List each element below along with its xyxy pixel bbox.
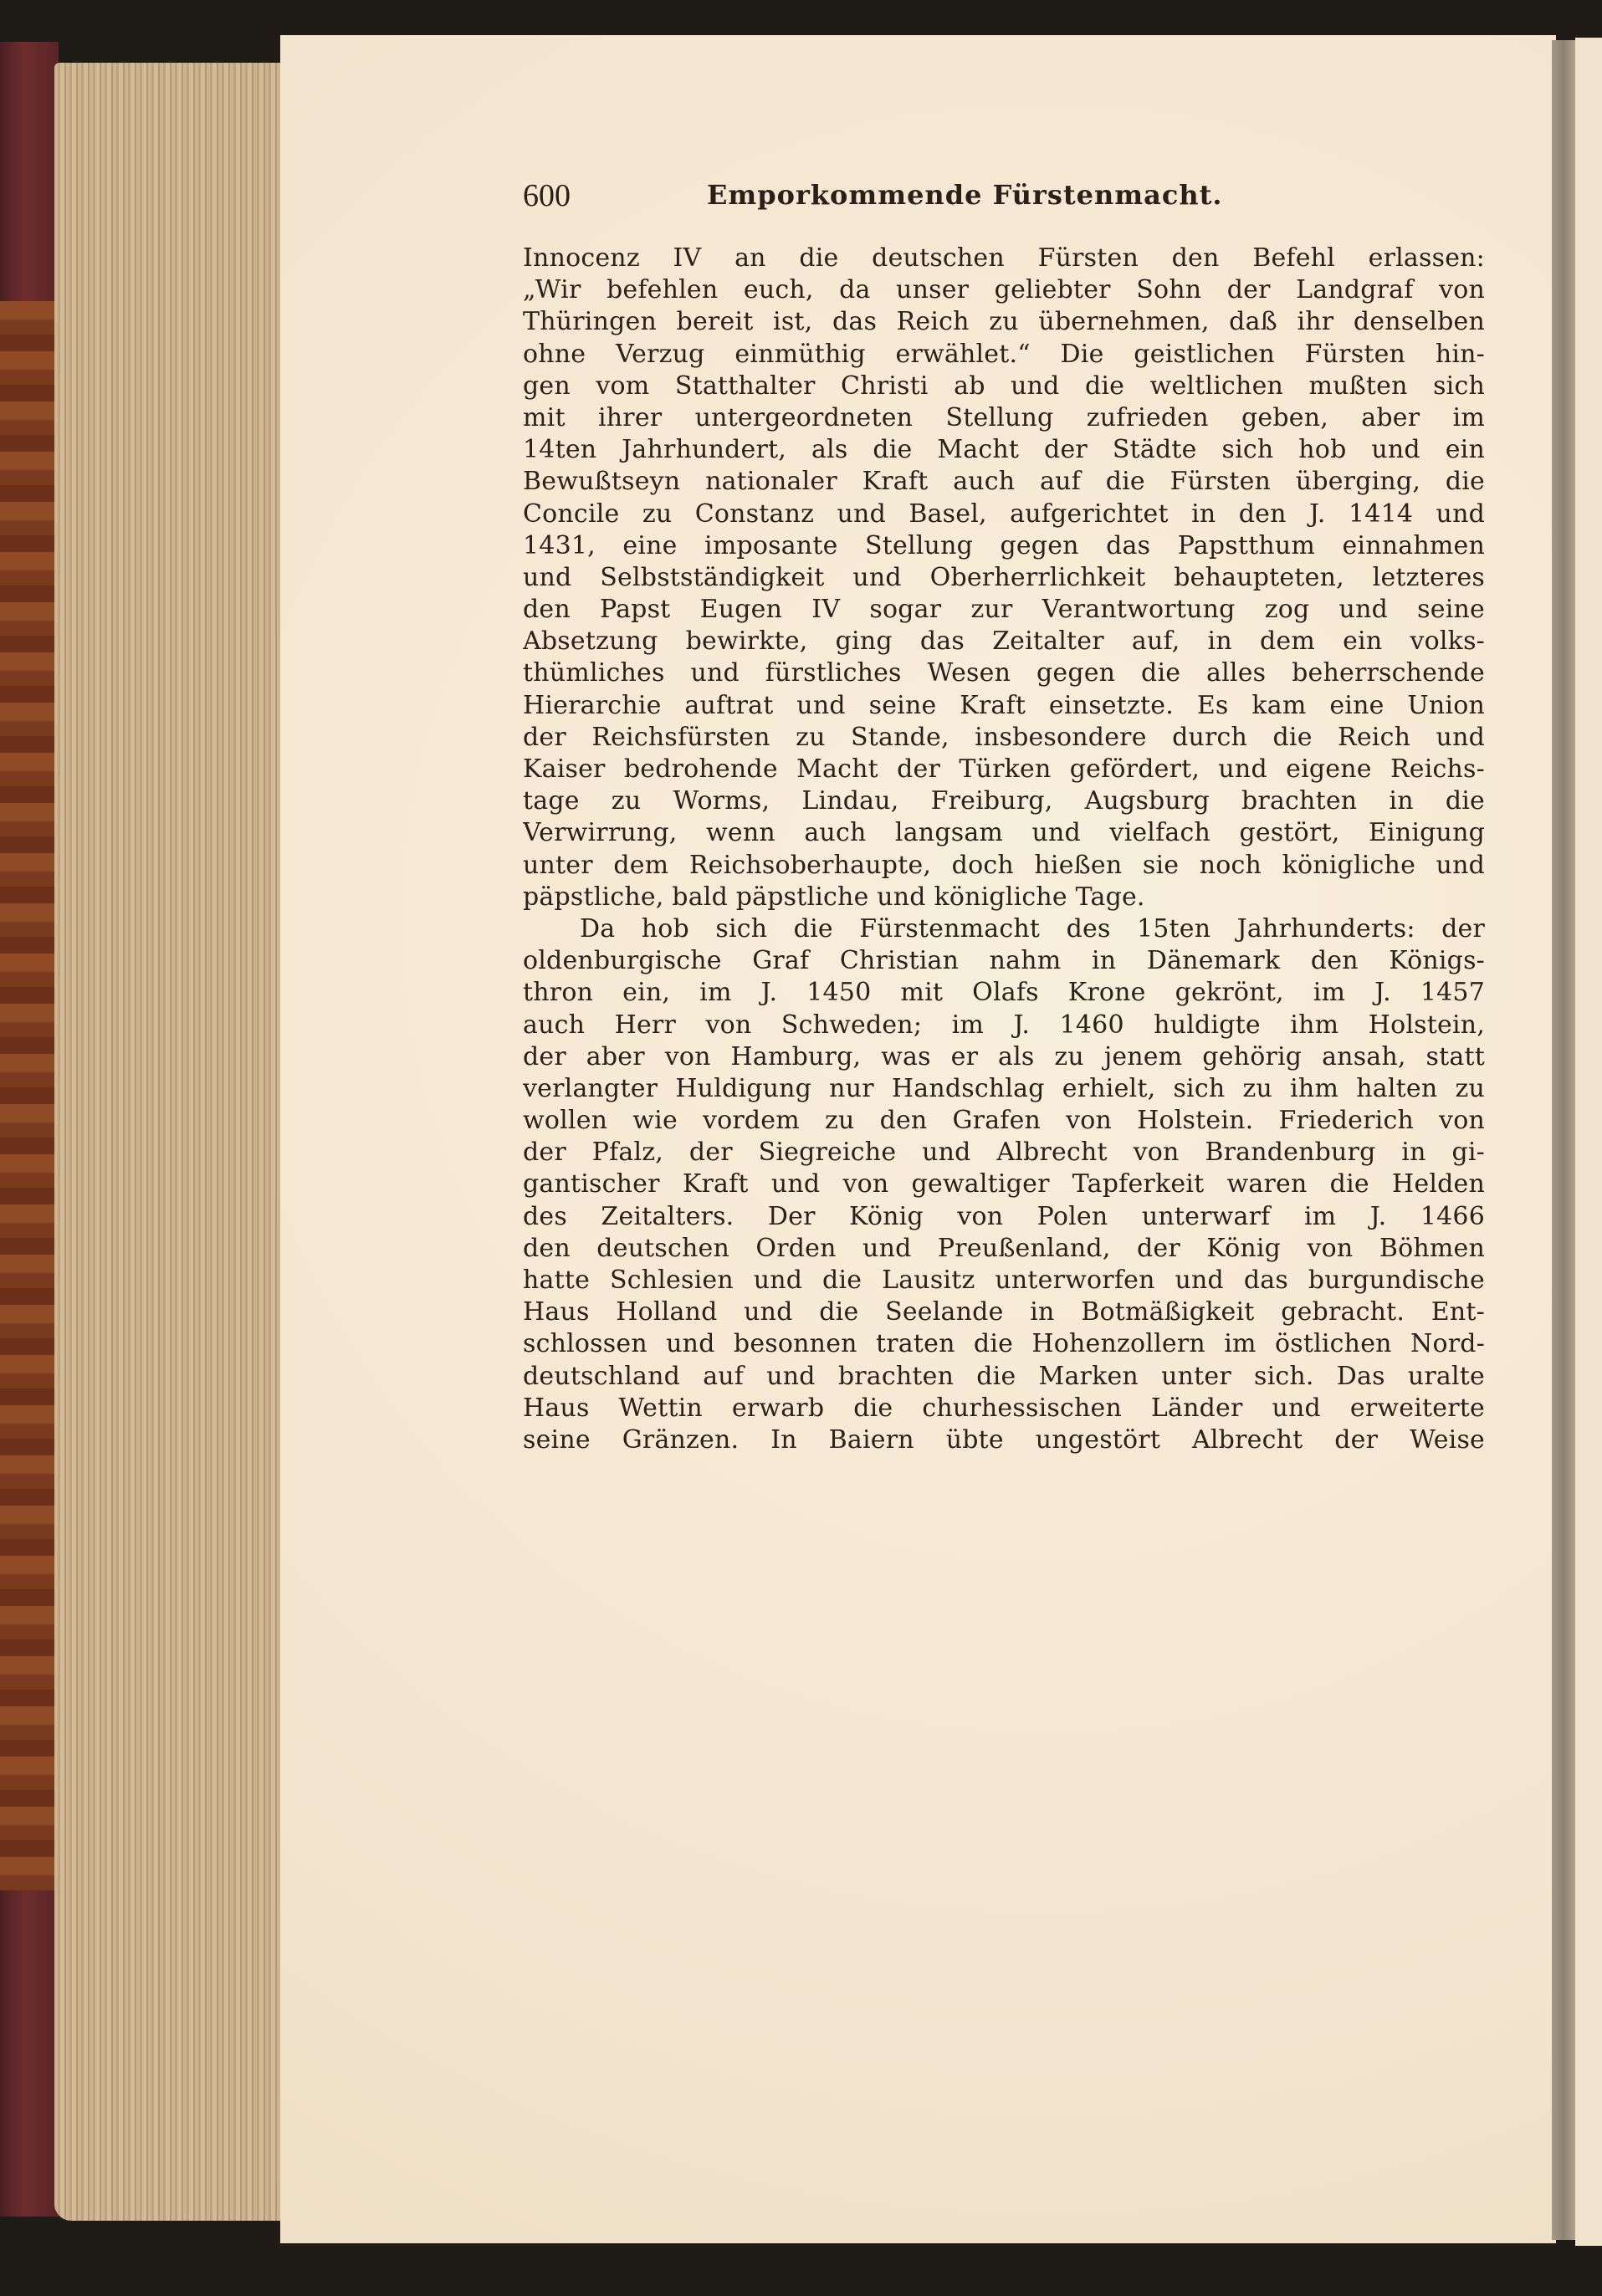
book-cover-marbled <box>0 301 59 1890</box>
running-head-title: Emporkommende Fürstenmacht. <box>707 179 1223 211</box>
text-line: der Pfalz, der Siegreiche und Albrecht v… <box>523 1137 1485 1168</box>
text-line: seine Gränzen. In Baiern übte ungestört … <box>523 1424 1485 1456</box>
text-line: Thüringen bereit ist, das Reich zu übern… <box>523 306 1485 338</box>
text-line: 14ten Jahrhundert, als die Macht der Stä… <box>523 434 1485 466</box>
text-line: den deutschen Orden und Preußenland, der… <box>523 1233 1485 1265</box>
text-line: der Reichsfürsten zu Stande, insbesonder… <box>523 722 1485 754</box>
text-line: Haus Holland und die Seelande in Botmäßi… <box>523 1296 1485 1328</box>
text-line: Innocenz IV an die deutschen Fürsten den… <box>523 243 1485 274</box>
text-line: den Papst Eugen IV sogar zur Verantwortu… <box>523 594 1485 626</box>
text-line: gantischer Kraft und von gewaltiger Tapf… <box>523 1168 1485 1200</box>
text-line: verlangter Huldigung nur Handschlag erhi… <box>523 1073 1485 1105</box>
text-line: thümliches und fürstliches Wesen gegen d… <box>523 657 1485 689</box>
text-line: Concile zu Constanz und Basel, aufgerich… <box>523 499 1485 530</box>
text-line: unter dem Reichsoberhaupte, doch hießen … <box>523 850 1485 882</box>
text-line: Bewußtseyn nationaler Kraft auch auf die… <box>523 466 1485 498</box>
running-head: 600 Emporkommende Fürstenmacht. <box>523 177 1485 219</box>
text-line: 1431, eine imposante Stellung gegen das … <box>523 530 1485 562</box>
text-line: und Selbstständigkeit und Oberherrlichke… <box>523 562 1485 594</box>
text-line: Verwirrung, wenn auch langsam und vielfa… <box>523 817 1485 849</box>
text-line: „Wir befehlen euch, da unser geliebter S… <box>523 274 1485 306</box>
text-line: thron ein, im J. 1450 mit Olafs Krone ge… <box>523 977 1485 1009</box>
text-line: Da hob sich die Fürstenmacht des 15ten J… <box>523 913 1485 945</box>
text-line: schlossen und besonnen traten die Hohenz… <box>523 1328 1485 1360</box>
text-line: mit ihrer untergeordneten Stellung zufri… <box>523 402 1485 434</box>
text-line: päpstliche, bald päpstliche und königlic… <box>523 882 1485 913</box>
page-edges-stack <box>54 63 284 2221</box>
page-number: 600 <box>523 177 571 214</box>
text-line: deutschland auf und brachten die Marken … <box>523 1361 1485 1393</box>
text-line: der aber von Hamburg, was er als zu jene… <box>523 1041 1485 1073</box>
text-line: gen vom Statthalter Christi ab und die w… <box>523 371 1485 402</box>
text-line: Absetzung bewirkte, ging das Zeitalter a… <box>523 626 1485 657</box>
text-line: ohne Verzug einmüthig erwählet.“ Die gei… <box>523 339 1485 371</box>
text-line: tage zu Worms, Lindau, Freiburg, Augsbur… <box>523 785 1485 817</box>
text-line: wollen wie vordem zu den Grafen von Hols… <box>523 1105 1485 1137</box>
book-gutter <box>1552 40 1575 2240</box>
text-line: hatte Schlesien und die Lausitz unterwor… <box>523 1265 1485 1296</box>
body-text: Innocenz IV an die deutschen Fürsten den… <box>523 243 1485 1456</box>
text-line: Haus Wettin erwarb die churhessischen Lä… <box>523 1393 1485 1424</box>
text-line: Hierarchie auftrat und seine Kraft einse… <box>523 690 1485 722</box>
text-line: Kaiser bedrohende Macht der Türken geför… <box>523 754 1485 785</box>
facing-page-edge <box>1575 38 1602 2246</box>
text-line: des Zeitalters. Der König von Polen unte… <box>523 1201 1485 1233</box>
text-line: oldenburgische Graf Christian nahm in Dä… <box>523 945 1485 977</box>
text-line: auch Herr von Schweden; im J. 1460 huldi… <box>523 1010 1485 1041</box>
